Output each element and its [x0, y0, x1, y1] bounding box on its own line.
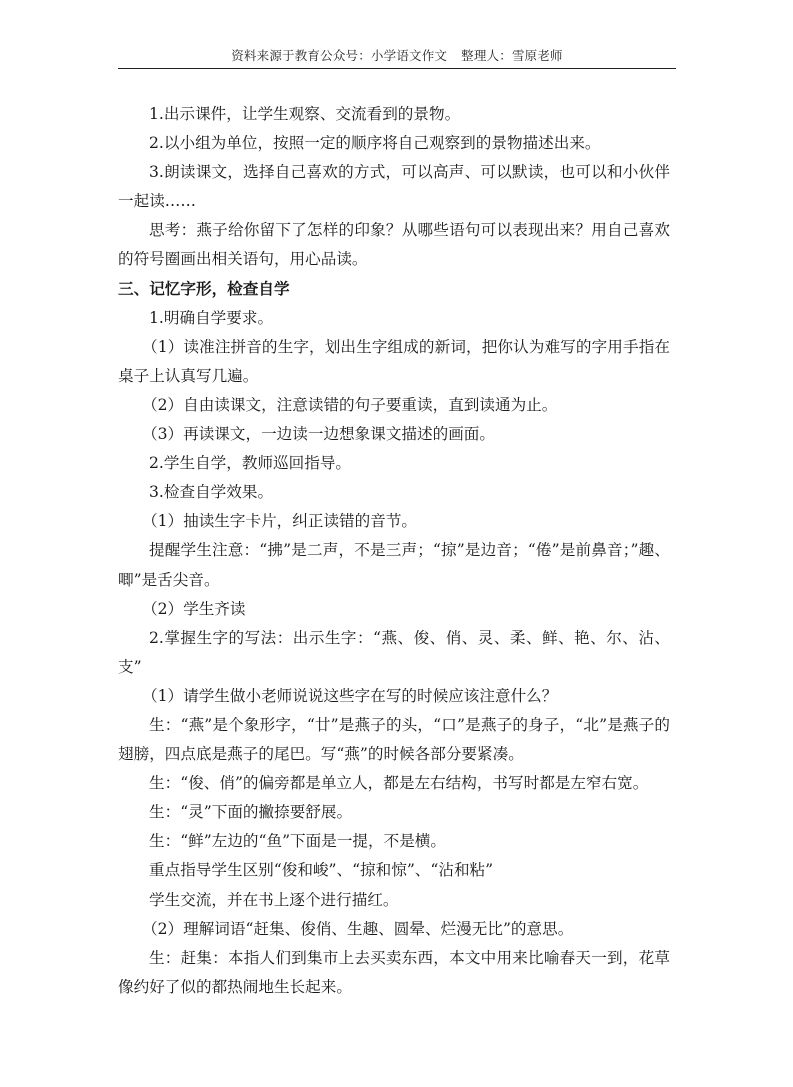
- paragraph: （1）抽读生字卡片，纠正读错的音节。: [118, 507, 670, 536]
- header-divider: [118, 68, 676, 69]
- paragraph: （1）读准注拼音的生字，划出生字组成的新词，把你认为难写的字用手指在桌子上认真写…: [118, 333, 670, 391]
- paragraph: （2）自由读课文，注意读错的句子要重读，直到读通为止。: [118, 391, 670, 420]
- paragraph: 2.掌握生字的写法：出示生字：“燕、俊、俏、灵、柔、鲜、艳、尔、沾、支”: [118, 624, 670, 682]
- paragraph: 学生交流，并在书上逐个进行描红。: [118, 886, 670, 915]
- paragraph: （2）学生齐读: [118, 595, 670, 624]
- paragraph: 3.朗读课文，选择自己喜欢的方式，可以高声、可以默读，也可以和小伙伴一起读……: [118, 158, 670, 216]
- paragraph: 重点指导学生区别“俊和峻”、“掠和惊”、“沾和粘”: [118, 856, 670, 885]
- paragraph: 生：赶集：本指人们到集市上去买卖东西，本文中用来比喻春天一到，花草像约好了似的都…: [118, 944, 670, 1002]
- paragraph: 提醒学生注意：“拂”是二声，不是三声；“掠”是边音；“倦”是前鼻音；”趣、唧”是…: [118, 536, 670, 594]
- paragraph: （1）请学生做小老师说说这些字在写的时候应该注意什么？: [118, 682, 670, 711]
- paragraph: 2.学生自学，教师巡回指导。: [118, 449, 670, 478]
- header-organizer: 整理人：雪原老师: [461, 48, 563, 63]
- paragraph: 1.明确自学要求。: [118, 304, 670, 333]
- paragraph: 3.检查自学效果。: [118, 478, 670, 507]
- paragraph: （3）再读课文，一边读一边想象课文描述的画面。: [118, 420, 670, 449]
- paragraph: 生：“俊、俏”的偏旁都是单立人，都是左右结构，书写时都是左窄右宽。: [118, 769, 670, 798]
- document-body: 1.出示课件，让学生观察、交流看到的景物。 2.以小组为单位，按照一定的顺序将自…: [118, 100, 670, 1002]
- paragraph: 2.以小组为单位，按照一定的顺序将自己观察到的景物描述出来。: [118, 129, 670, 158]
- paragraph: 思考：燕子给你留下了怎样的印象？从哪些语句可以表现出来？用自己喜欢的符号圈画出相…: [118, 216, 670, 274]
- paragraph: 生：“灵”下面的撇捺要舒展。: [118, 798, 670, 827]
- section-heading: 三、记忆字形，检查自学: [118, 275, 670, 304]
- header-source: 资料来源于教育公众号：小学语文作文: [231, 48, 447, 63]
- paragraph: 生：“燕”是个象形字，“廿”是燕子的头，“口”是燕子的身子，“北”是燕子的翅膀，…: [118, 711, 670, 769]
- page-header: 资料来源于教育公众号：小学语文作文整理人：雪原老师: [118, 46, 676, 64]
- paragraph: 1.出示课件，让学生观察、交流看到的景物。: [118, 100, 670, 129]
- paragraph: 生：“鲜”左边的“鱼”下面是一提，不是横。: [118, 827, 670, 856]
- paragraph: （2）理解词语“赶集、俊俏、生趣、圆晕、烂漫无比”的意思。: [118, 915, 670, 944]
